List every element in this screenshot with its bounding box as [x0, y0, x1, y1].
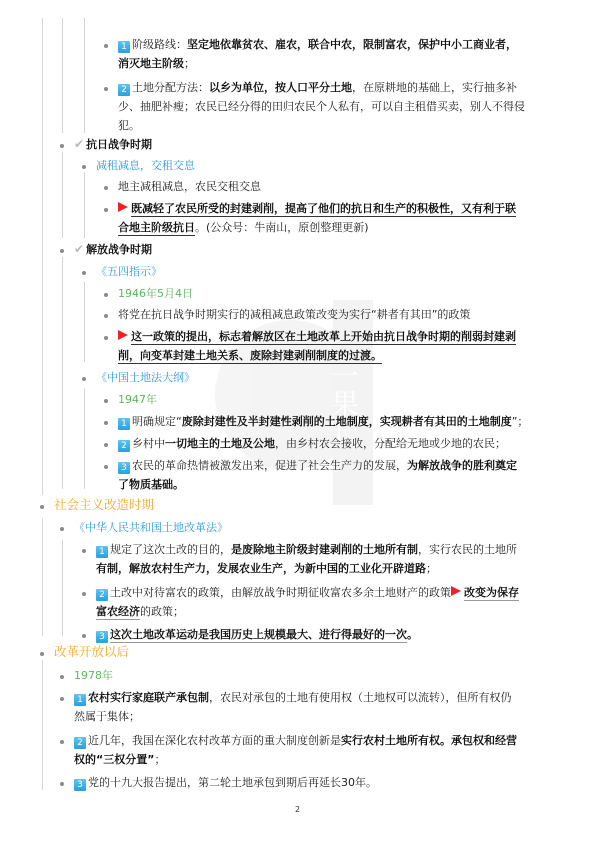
- number-2-icon: 2: [74, 737, 86, 749]
- list-item: 3党的十九大报告提出，第二轮土地承包到期后再延长30年。: [74, 773, 377, 792]
- bullet: [104, 314, 108, 318]
- bullet: [60, 144, 64, 148]
- bullet: [60, 675, 64, 679]
- number-3-icon: 3: [118, 462, 130, 474]
- bullet: [40, 505, 44, 509]
- red-flag-icon: [118, 202, 128, 212]
- number-1-icon: 1: [118, 41, 130, 53]
- guide-line: [84, 282, 85, 362]
- number-1-icon: 1: [96, 546, 108, 558]
- number-1-icon: 1: [74, 694, 86, 706]
- bullet: [82, 592, 86, 596]
- heading-socialist-transformation: 社会主义改造时期: [54, 495, 154, 514]
- bullet: [60, 697, 64, 701]
- bullet: [104, 44, 108, 48]
- bullet: [104, 208, 108, 212]
- guide-line: [84, 172, 85, 238]
- land-reform-law-title: 《中华人民共和国土地改革法》: [74, 518, 228, 537]
- bullet: [82, 165, 86, 169]
- red-flag-icon: [451, 586, 461, 596]
- list-item: 1农村实行家庭联产承包制，农民对承包的土地有使用权（土地权可以流转），但所有权仍…: [74, 688, 584, 726]
- bullet: [82, 549, 86, 553]
- bullet: [60, 782, 64, 786]
- list-item: 2乡村中一切地主的土地及公地，由乡村农会接收，分配给无地或少地的农民；: [118, 434, 588, 453]
- heading-liberation-war: ✔解放战争时期: [74, 240, 152, 259]
- guide-line: [84, 18, 85, 133]
- guide-line: [84, 388, 85, 489]
- policy-rent-reduction: 减租减息，交租交息: [96, 156, 195, 175]
- date-1978: 1978年: [74, 666, 113, 685]
- guide-line: [62, 18, 63, 133]
- number-2-icon: 2: [118, 84, 130, 96]
- bullet: [60, 249, 64, 253]
- land-law-outline-title: 《中国土地法大纲》: [96, 368, 195, 387]
- heading-reform-opening: 改革开放以后: [54, 642, 129, 661]
- bullet: [104, 293, 108, 297]
- page-number: 2: [295, 805, 300, 814]
- bullet: [104, 399, 108, 403]
- list-item: 3农民的革命热情被激发出来，促进了社会生产力的发展，为解放战争的胜利奠定 了物质…: [118, 456, 588, 494]
- list-item-class-line: 1阶级路线：坚定地依靠贫农、雇农，联合中农，限制富农，保护中小工商业者， 消灭地…: [118, 35, 578, 73]
- bullet: [60, 740, 64, 744]
- list-item: 2近几年，我国在深化农村改革方面的重大制度创新是实行农村土地所有权。承包权和经营…: [74, 731, 584, 769]
- checkmark-icon: ✔: [74, 137, 84, 151]
- guide-line: [42, 660, 43, 790]
- list-item: 3这次土地改革运动是我国历史上规模最大、进行得最好的一次。: [96, 625, 418, 644]
- red-flag-icon: [118, 330, 128, 340]
- guide-line: [62, 257, 63, 489]
- wusi-directive-title: 《五四指示》: [96, 262, 162, 281]
- guide-line: [42, 518, 43, 636]
- bullet: [82, 634, 86, 638]
- checkmark-icon: ✔: [74, 242, 84, 256]
- date-1947: 1947年: [118, 390, 157, 409]
- bullet: [40, 652, 44, 656]
- number-3-icon: 3: [74, 779, 86, 791]
- bullet: [104, 443, 108, 447]
- guide-line: [62, 540, 63, 636]
- bullet: [104, 465, 108, 469]
- guide-line: [42, 18, 43, 495]
- number-2-icon: 2: [118, 440, 130, 452]
- list-item: 地主减租减息，农民交租交息: [118, 177, 261, 196]
- number-2-icon: 2: [96, 589, 108, 601]
- bullet: [104, 336, 108, 340]
- date-1946: 1946年5月4日: [118, 284, 193, 303]
- list-item-land-distribution: 2土地分配方法：以乡为单位，按人口平分土地，在原耕地的基础上，实行抽多补 少、抽…: [118, 78, 578, 135]
- list-item: 1规定了这次土改的目的，是废除地主阶级封建剥削的土地所有制，实行农民的土地所 有…: [96, 540, 586, 578]
- number-1-icon: 1: [118, 418, 130, 430]
- bullet: [104, 186, 108, 190]
- bullet: [82, 271, 86, 275]
- list-item-flagged: 既减轻了农民所受的封建剥削，提高了他们的抗日和生产的积极性，又有利于联 合地主阶…: [118, 199, 588, 237]
- bullet: [104, 421, 108, 425]
- list-item: 1明确规定“废除封建性及半封建性剥削的土地制度，实现耕者有其田的土地制度”；: [118, 412, 593, 431]
- heading-anti-japanese-war: ✔抗日战争时期: [74, 135, 152, 154]
- list-item: 将党在抗日战争时期实行的减租减息政策改变为实行“耕者有其田”的政策: [118, 305, 470, 324]
- list-item-flagged: 这一政策的提出，标志着解放区在土地改革上开始由抗日战争时期的削弱封建剥 削，向变…: [118, 327, 588, 365]
- bullet: [60, 527, 64, 531]
- list-item-flagged: 2土改中对待富农的政策，由解放战争时期征收富农多余土地财产的政策改变为保存 富农…: [96, 583, 586, 621]
- bullet: [104, 87, 108, 91]
- bullet: [82, 377, 86, 381]
- guide-line: [62, 152, 63, 238]
